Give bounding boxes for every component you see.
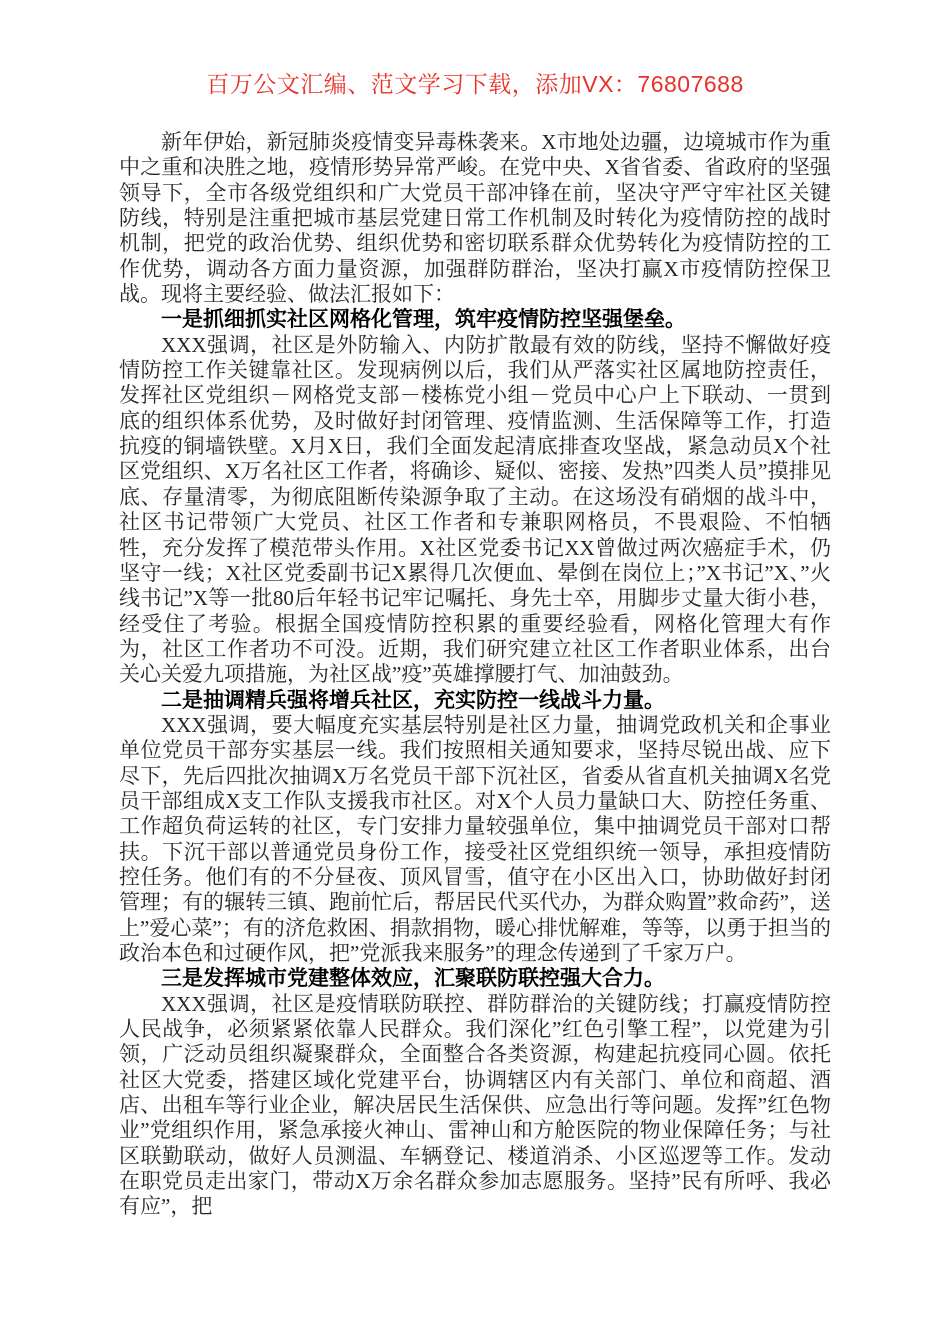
paragraph: XXX强调，社区是外防输入、内防扩散最有效的防线，坚持不懈做好疫情防控工作关键靠… — [119, 333, 831, 688]
paragraph: XXX强调，社区是疫情联防联控、群防群治的关键防线；打赢疫情防控人民战争，必须紧… — [119, 992, 831, 1220]
section-heading: 二是抽调精兵强将增兵社区，充实防控一线战斗力量。 — [119, 688, 831, 713]
paragraph: 新年伊始，新冠肺炎疫情变异毒株袭来。X市地处边疆，边境城市作为重中之重和决胜之地… — [119, 130, 831, 307]
document-body: 新年伊始，新冠肺炎疫情变异毒株袭来。X市地处边疆，边境城市作为重中之重和决胜之地… — [119, 130, 831, 1220]
document-page: 百万公文汇编、范文学习下载，添加VX：76807688 新年伊始，新冠肺炎疫情变… — [0, 0, 950, 1344]
promo-header-text: 百万公文汇编、范文学习下载，添加VX：76807688 — [0, 66, 950, 99]
paragraph: XXX强调，要大幅度充实基层特别是社区力量，抽调党政机关和企事业单位党员干部夯实… — [119, 713, 831, 966]
section-heading: 一是抓细抓实社区网格化管理，筑牢疫情防控坚强堡垒。 — [119, 307, 831, 332]
section-heading: 三是发挥城市党建整体效应，汇聚联防联控强大合力。 — [119, 966, 831, 991]
